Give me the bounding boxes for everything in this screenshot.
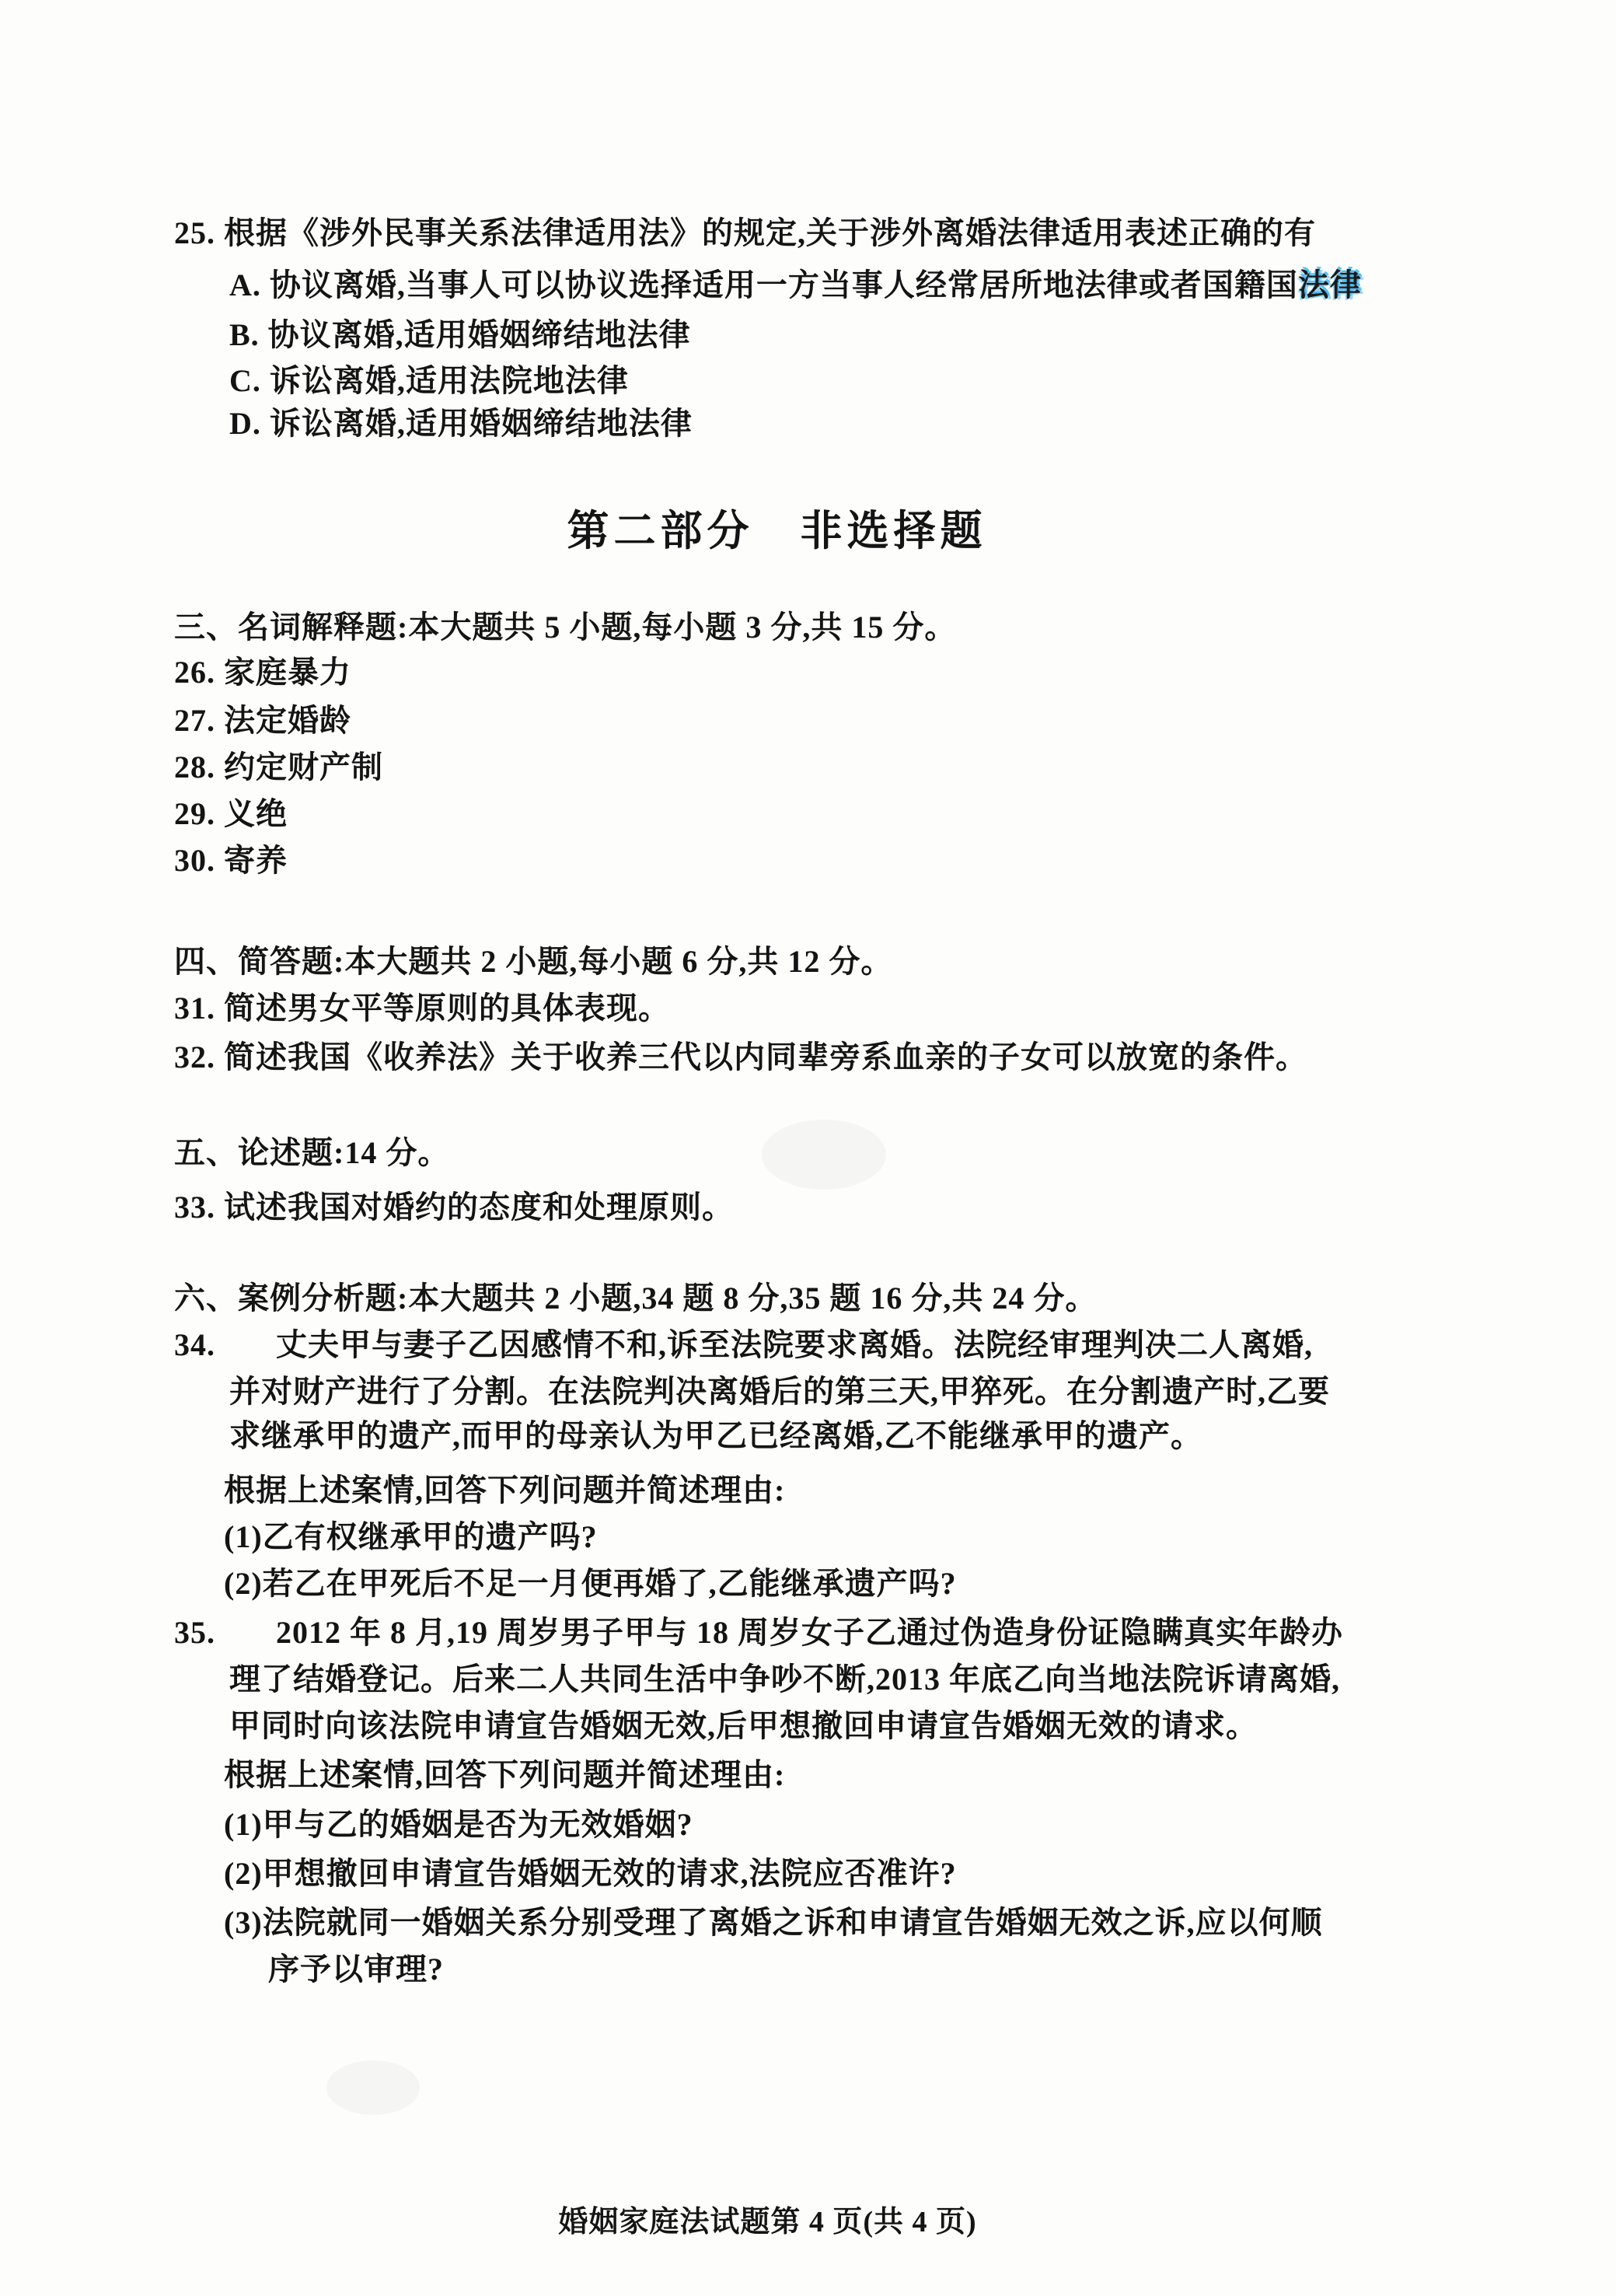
item-26: 26. 家庭暴力 xyxy=(174,654,351,691)
question-25-option-b: B. 协议离婚,适用婚姻缔结地法律 xyxy=(229,316,691,354)
item-32: 32. 简述我国《收养法》关于收养三代以内同辈旁系血亲的子女可以放宽的条件。 xyxy=(174,1039,1307,1076)
case-34-question-1: (1)乙有权继承甲的遗产吗? xyxy=(224,1518,598,1556)
scan-smudge xyxy=(762,1120,886,1190)
case-34-question-2: (2)若乙在甲死后不足一月便再婚了,乙能继承遗产吗? xyxy=(224,1565,957,1602)
case-35-question-3-line-2: 序予以审理? xyxy=(268,1951,444,1988)
scanned-exam-page: 25. 根据《涉外民事关系法律适用法》的规定,关于涉外离婚法律适用表述正确的有 … xyxy=(0,0,1616,2296)
case-35-line-1: 2012 年 8 月,19 周岁男子甲与 18 周岁女子乙通过伪造身份证隐瞒真实… xyxy=(276,1614,1343,1651)
question-25-option-d: D. 诉讼离婚,适用婚姻缔结地法律 xyxy=(229,405,693,442)
item-29: 29. 义绝 xyxy=(174,795,288,833)
item-33: 33. 试述我国对婚约的态度和处理原则。 xyxy=(174,1189,734,1226)
case-35-number: 35. xyxy=(174,1614,215,1651)
section5-title: 五、论述题:14 分。 xyxy=(174,1134,449,1172)
case-35-question-2: (2)甲想撤回申请宣告婚姻无效的请求,法院应否准许? xyxy=(224,1855,957,1892)
question-25-stem: 25. 根据《涉外民事关系法律适用法》的规定,关于涉外离婚法律适用表述正确的有 xyxy=(174,215,1316,252)
item-27: 27. 法定婚龄 xyxy=(174,702,351,739)
case-34-line-3: 求继承甲的遗产,而甲的母亲认为甲乙已经离婚,乙不能继承甲的遗产。 xyxy=(229,1417,1202,1455)
item-30: 30. 寄养 xyxy=(174,842,288,879)
case-35-line-2: 理了结婚登记。后来二人共同生活中争吵不断,2013 年底乙向当地法院诉请离婚, xyxy=(229,1661,1340,1698)
case-34-line-2: 并对财产进行了分割。在法院判决离婚后的第三天,甲猝死。在分割遗产时,乙要 xyxy=(229,1373,1330,1410)
scan-artifact-text: 法律 xyxy=(1298,267,1362,302)
section4-title: 四、简答题:本大题共 2 小题,每小题 6 分,共 12 分。 xyxy=(174,943,892,980)
case-35-question-3-line-1: (3)法院就同一婚姻关系分别受理了离婚之诉和申请宣告婚姻无效之诉,应以何顺 xyxy=(224,1904,1323,1941)
case-34-line-1: 丈夫甲与妻子乙因感情不和,诉至法院要求离婚。法院经审理判决二人离婚, xyxy=(276,1326,1313,1364)
item-31: 31. 简述男女平等原则的具体表现。 xyxy=(174,990,670,1027)
item-28: 28. 约定财产制 xyxy=(174,749,383,786)
case-34-prompt: 根据上述案情,回答下列问题并简述理由: xyxy=(224,1472,785,1509)
case-34-number: 34. xyxy=(174,1326,215,1364)
part2-heading: 第二部分 非选择题 xyxy=(0,498,1585,557)
case-35-prompt: 根据上述案情,回答下列问题并简述理由: xyxy=(224,1756,785,1794)
case-35-question-1: (1)甲与乙的婚姻是否为无效婚姻? xyxy=(224,1806,693,1843)
question-25-option-a: A. 协议离婚,当事人可以协议选择适用一方当事人经常居所地法律或者国籍国法律 xyxy=(229,267,1362,304)
section3-title: 三、名词解释题:本大题共 5 小题,每小题 3 分,共 15 分。 xyxy=(174,609,956,646)
page-footer: 婚姻家庭法试题第 4 页(共 4 页) xyxy=(0,2197,1576,2240)
scan-smudge xyxy=(326,2060,420,2115)
section6-title: 六、案例分析题:本大题共 2 小题,34 题 8 分,35 题 16 分,共 2… xyxy=(174,1280,1097,1317)
case-35-line-3: 甲同时向该法院申请宣告婚姻无效,后甲想撤回申请宣告婚姻无效的请求。 xyxy=(229,1707,1258,1745)
option-a-text: A. 协议离婚,当事人可以协议选择适用一方当事人经常居所地法律或者国籍国 xyxy=(229,267,1298,302)
question-25-option-c: C. 诉讼离婚,适用法院地法律 xyxy=(229,362,629,400)
